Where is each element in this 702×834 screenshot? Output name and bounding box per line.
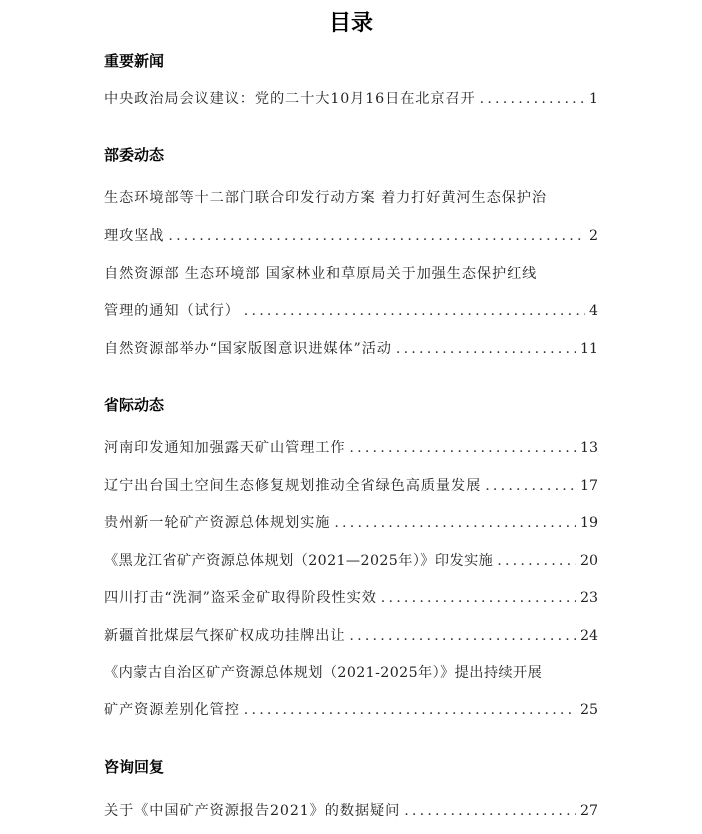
toc-entry-line-1[interactable]: 自然资源部 生态环境部 国家林业和草原局关于加强生态保护红线: [104, 263, 598, 285]
toc-entry[interactable]: 新疆首批煤层气探矿权成功挂牌出让 24: [104, 625, 598, 647]
toc-entry[interactable]: 关于《中国矿产资源报告2021》的数据疑问 27: [104, 800, 598, 822]
toc-entry-page: 17: [580, 475, 598, 497]
toc-entry-page: 19: [580, 512, 598, 534]
toc-entry[interactable]: 矿产资源差别化管控 25: [104, 699, 598, 721]
toc-entry-page: 4: [589, 300, 598, 322]
leader-dots: [396, 338, 576, 360]
leader-dots: [334, 512, 576, 534]
toc-entry[interactable]: 四川打击“洗洞”盗采金矿取得阶段性实效 23: [104, 587, 598, 609]
toc-entry-title-cont: 理攻坚战: [104, 225, 164, 247]
toc-entry-title: 河南印发通知加强露天矿山管理工作: [104, 437, 345, 459]
leader-dots: [404, 800, 576, 822]
leader-dots: [381, 587, 576, 609]
toc-entry[interactable]: 辽宁出台国土空间生态修复规划推动全省绿色高质量发展 17: [104, 475, 598, 497]
toc-entry-page: 23: [580, 587, 598, 609]
toc-entry-title: 《黑龙江省矿产资源总体规划（2021—2025年）》印发实施: [104, 550, 493, 572]
toc-entry-title-cont: 管理的通知（试行）: [104, 300, 240, 322]
toc-entry-title: 辽宁出台国土空间生态修复规划推动全省绿色高质量发展: [104, 475, 481, 497]
toc-entry-title: 生态环境部等十二部门联合印发行动方案 着力打好黄河生态保护治: [104, 187, 547, 209]
toc-entry-title-cont: 矿产资源差别化管控: [104, 699, 240, 721]
toc-entry-title: 自然资源部 生态环境部 国家林业和草原局关于加强生态保护红线: [104, 263, 537, 285]
toc-entry[interactable]: 《黑龙江省矿产资源总体规划（2021—2025年）》印发实施 20: [104, 550, 598, 572]
leader-dots: [244, 699, 576, 721]
toc-entry-page: 24: [580, 625, 598, 647]
toc-entry-title: 《内蒙古自治区矿产资源总体规划（2021-2025年）》提出持续开展: [104, 662, 542, 684]
toc-entry-page: 25: [580, 699, 598, 721]
toc-entry-page: 27: [580, 800, 598, 822]
leader-dots: [480, 88, 585, 110]
toc-entry-line-1[interactable]: 《内蒙古自治区矿产资源总体规划（2021-2025年）》提出持续开展: [104, 662, 598, 684]
leader-dots: [485, 475, 576, 497]
toc-entry[interactable]: 河南印发通知加强露天矿山管理工作 13: [104, 437, 598, 459]
section-heading-provincial-news: 省际动态: [104, 394, 164, 415]
section-heading-ministry-news: 部委动态: [104, 144, 164, 165]
toc-title: 目录: [0, 6, 702, 37]
leader-dots: [349, 625, 576, 647]
section-heading-important-news: 重要新闻: [104, 50, 164, 71]
toc-entry[interactable]: 管理的通知（试行） 4: [104, 300, 598, 322]
toc-entry-page: 13: [580, 437, 598, 459]
toc-entry[interactable]: 中央政治局会议建议：党的二十大10月16日在北京召开 1: [104, 88, 598, 110]
toc-entry-title: 贵州新一轮矿产资源总体规划实施: [104, 512, 330, 534]
toc-entry[interactable]: 贵州新一轮矿产资源总体规划实施 19: [104, 512, 598, 534]
section-heading-consultation-reply: 咨询回复: [104, 756, 164, 777]
toc-entry-page: 1: [589, 88, 598, 110]
leader-dots: [244, 300, 585, 322]
toc-entry[interactable]: 理攻坚战 2: [104, 225, 598, 247]
toc-entry-title: 关于《中国矿产资源报告2021》的数据疑问: [104, 800, 400, 822]
toc-entry-page: 2: [589, 225, 598, 247]
toc-entry-title: 新疆首批煤层气探矿权成功挂牌出让: [104, 625, 345, 647]
toc-entry-title: 四川打击“洗洞”盗采金矿取得阶段性实效: [104, 587, 377, 609]
toc-entry-page: 20: [580, 550, 598, 572]
toc-entry-page: 11: [580, 338, 598, 360]
leader-dots: [168, 225, 585, 247]
toc-entry-title: 中央政治局会议建议：党的二十大10月16日在北京召开: [104, 88, 476, 110]
leader-dots: [349, 437, 576, 459]
leader-dots: [497, 550, 576, 572]
toc-entry-title: 自然资源部举办“国家版图意识进媒体”活动: [104, 338, 392, 360]
toc-entry-line-1[interactable]: 生态环境部等十二部门联合印发行动方案 着力打好黄河生态保护治: [104, 187, 598, 209]
toc-entry[interactable]: 自然资源部举办“国家版图意识进媒体”活动 11: [104, 338, 598, 360]
